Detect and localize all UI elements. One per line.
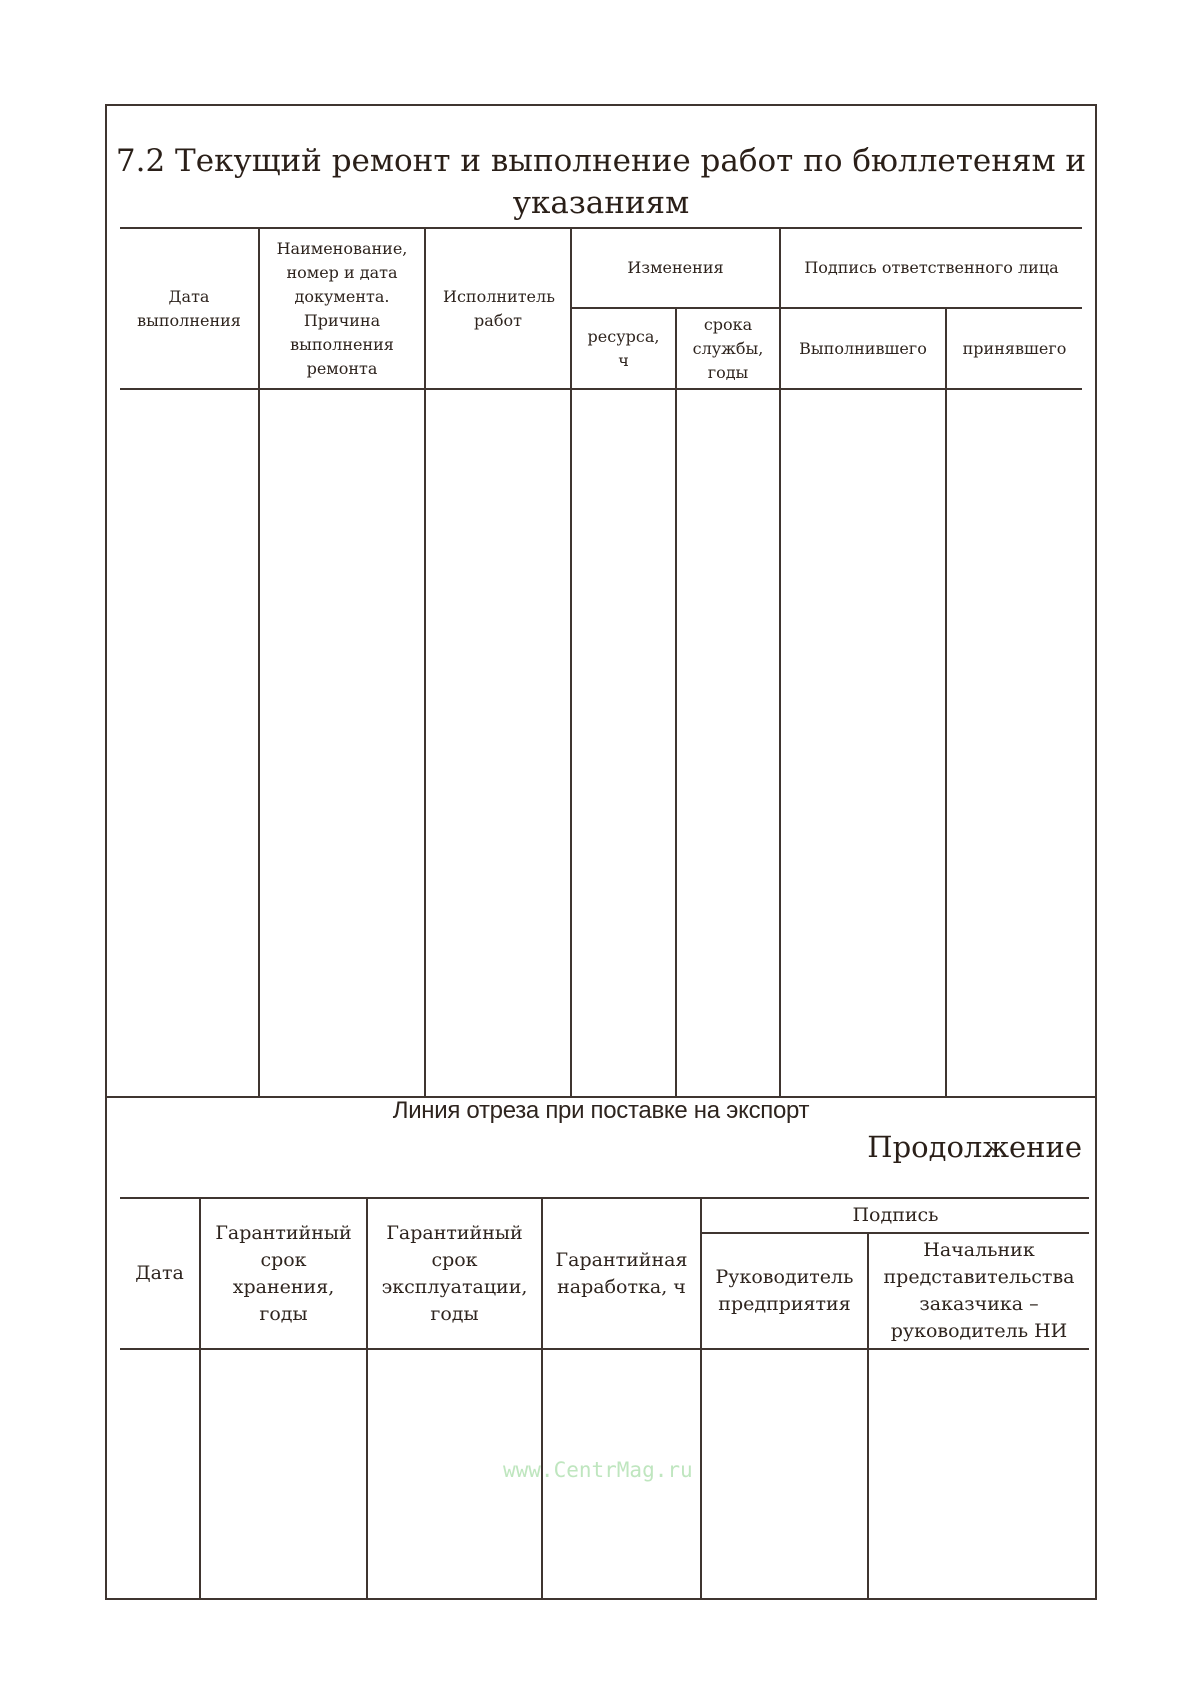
watermark: www.CentrMag.ru xyxy=(503,1458,693,1482)
table1-col-divider xyxy=(945,307,947,1097)
cut-line-label: Линия отреза при поставке на экспорт xyxy=(105,1097,1097,1125)
header-signature: Подпись ответственного лица xyxy=(781,229,1082,307)
header2-signature-label: Подпись xyxy=(852,1202,938,1229)
header2-hours: Гарантийная наработка, ч xyxy=(543,1199,700,1348)
header2-operation-label: Гарантийный срок эксплуатации, годы xyxy=(375,1220,535,1328)
header-signature-accepted: принявшего xyxy=(947,309,1082,388)
continuation-heading: Продолжение xyxy=(867,1130,1082,1164)
header2-storage-label: Гарантийный срок хранения, годы xyxy=(209,1220,359,1328)
table2-header-bottom xyxy=(120,1348,1089,1350)
header-executor-label: Исполнитель работ xyxy=(443,285,553,333)
table1-col-divider xyxy=(675,307,677,1097)
header-date-label: Дата выполнения xyxy=(134,285,244,333)
header-signature-performed: Выполнившего xyxy=(781,309,945,388)
header2-signature-customer: Начальник представительства заказчика – … xyxy=(869,1234,1089,1348)
header2-signature-head: Руководитель предприятия xyxy=(702,1234,867,1348)
table1-header-bottom xyxy=(120,388,1082,390)
header2-signature-customer-label: Начальник представительства заказчика – … xyxy=(874,1237,1084,1345)
header-signature-label: Подпись ответственного лица xyxy=(804,256,1058,280)
header-signature-performed-label: Выполнившего xyxy=(799,337,927,361)
header-changes-label: Изменения xyxy=(627,256,723,280)
header-changes-service-label: срока службы, годы xyxy=(688,313,768,385)
header2-signature-head-label: Руководитель предприятия xyxy=(710,1264,860,1318)
section-title-line2: указаниям xyxy=(105,182,1097,224)
header2-date-label: Дата xyxy=(135,1260,184,1287)
header-executor: Исполнитель работ xyxy=(426,229,570,388)
section-title: 7.2 Текущий ремонт и выполнение работ по… xyxy=(105,140,1097,224)
header2-storage: Гарантийный срок хранения, годы xyxy=(201,1199,366,1348)
header-date: Дата выполнения xyxy=(120,229,258,388)
header-changes: Изменения xyxy=(572,229,779,307)
header2-hours-label: Гарантийная наработка, ч xyxy=(547,1247,697,1301)
header2-date: Дата xyxy=(120,1199,199,1348)
header-signature-accepted-label: принявшего xyxy=(963,337,1067,361)
header-changes-service: срока службы, годы xyxy=(677,309,779,388)
header2-signature: Подпись xyxy=(702,1199,1089,1232)
header-document-label: Наименование, номер и дата документа. Пр… xyxy=(272,237,412,381)
header-changes-resource-label: ресурса, ч xyxy=(584,325,664,373)
header-changes-resource: ресурса, ч xyxy=(572,309,675,388)
header-document: Наименование, номер и дата документа. Пр… xyxy=(260,229,424,388)
section-title-line1: 7.2 Текущий ремонт и выполнение работ по… xyxy=(105,140,1097,182)
header2-operation: Гарантийный срок эксплуатации, годы xyxy=(368,1199,541,1348)
